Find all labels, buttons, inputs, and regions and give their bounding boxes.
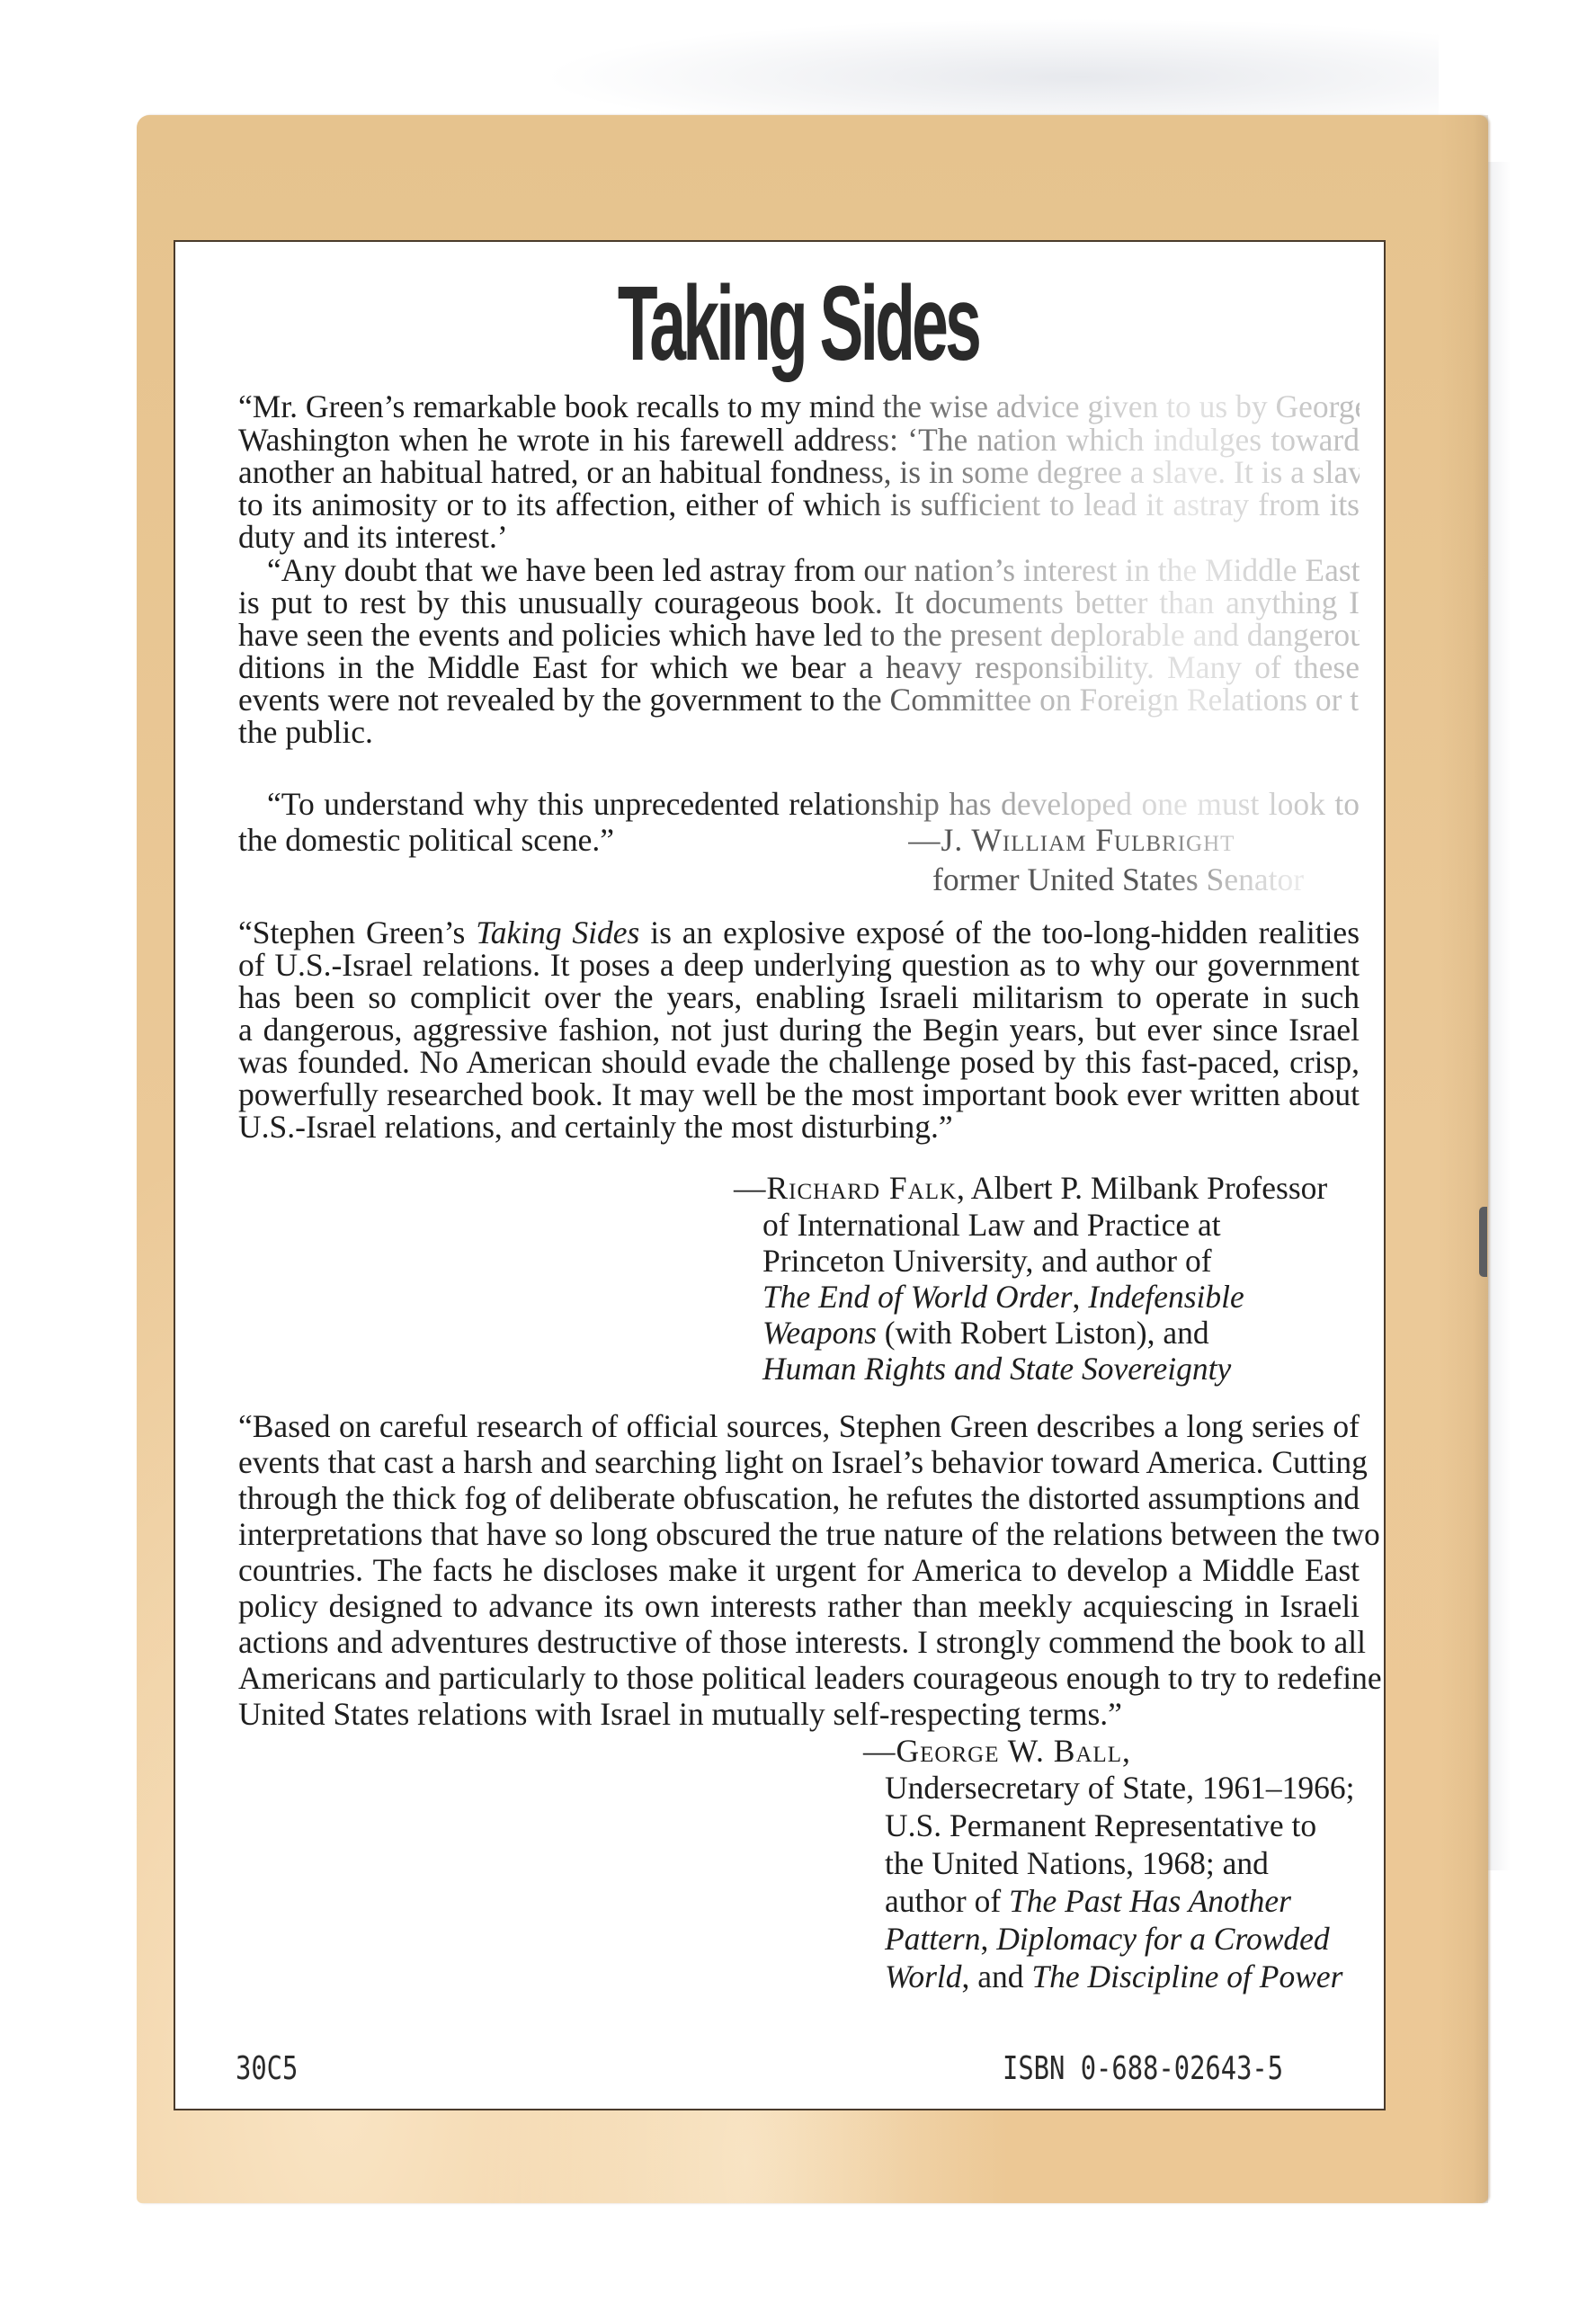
blurb-line: interpretations that have so long obscur… xyxy=(238,1516,1360,1552)
attribution-falk-line: Weapons (with Robert Liston), and xyxy=(762,1315,1209,1351)
blurb-line: to its animosity or to its affection, ei… xyxy=(238,486,1360,522)
blurb-line: the public. xyxy=(238,714,1360,750)
attribution-ball-line: author of The Past Has Another xyxy=(885,1883,1291,1919)
attribution-ball-comma: , xyxy=(1122,1733,1130,1769)
quote-rest-text: is an explosive exposé of the too-long-h… xyxy=(639,915,1360,950)
book-title-italic: World xyxy=(885,1958,962,1994)
price-code: 30C5 xyxy=(236,2050,298,2087)
quote-open-text: “Stephen Green’s xyxy=(238,915,476,950)
blurb-line: policy designed to advance its own inter… xyxy=(238,1588,1360,1624)
isbn-number: ISBN 0-688-02643-5 xyxy=(1003,2050,1283,2087)
attribution-ball-line: Pattern, Diplomacy for a Crowded xyxy=(885,1921,1330,1957)
attribution-ball-line: —George W. Ball, xyxy=(863,1733,1130,1769)
attribution-ball-line: Undersecretary of State, 1961–1966; xyxy=(885,1770,1354,1806)
blurb-line: “Mr. Green’s remarkable book recalls to … xyxy=(238,388,1360,424)
attribution-falk-line: —Richard Falk, Albert P. Milbank Profess… xyxy=(734,1170,1327,1206)
blurb-line: “Stephen Green’s Taking Sides is an expl… xyxy=(238,915,1360,950)
blurb-line: of U.S.-Israel relations. It poses a dee… xyxy=(238,947,1360,983)
blurb-line: is put to rest by this unusually courage… xyxy=(238,584,1360,620)
blurb-line: duty and its interest.’ xyxy=(238,519,1360,555)
blurb-line: “To understand why this unprecedented re… xyxy=(238,786,1360,822)
blurb-line: ditions in the Middle East for which we … xyxy=(238,649,1360,685)
blurb-line: was founded. No American should evade th… xyxy=(238,1044,1360,1080)
blurb-line: events that cast a harsh and searching l… xyxy=(238,1444,1360,1480)
blurb-line: a dangerous, aggressive fashion, not jus… xyxy=(238,1012,1360,1048)
jacket-edge-notch xyxy=(1479,1207,1487,1277)
book-title-italic: Taking Sides xyxy=(476,915,639,950)
book-title-italic: Human Rights and State Sovereignty xyxy=(762,1351,1231,1387)
blurb-line: events were not revealed by the governme… xyxy=(238,682,1360,718)
attribution-fulbright-name: —J. William Fulbright xyxy=(908,822,1358,858)
book-title-italic: Indefensible xyxy=(1088,1279,1244,1315)
book-title-italic: Weapons xyxy=(762,1315,877,1351)
blurb-line: countries. The facts he discloses make i… xyxy=(238,1552,1360,1588)
attribution-ball-name: —George W. Ball xyxy=(863,1733,1122,1769)
attribution-falk-line: of International Law and Practice at xyxy=(762,1207,1221,1243)
attribution-ball-line: World, and The Discipline of Power xyxy=(885,1958,1342,1994)
blurb-line: has been so complicit over the years, en… xyxy=(238,979,1360,1015)
blurb-line: powerfully researched book. It may well … xyxy=(238,1076,1360,1112)
blurb-line: “Based on careful research of official s… xyxy=(238,1408,1360,1444)
blurb-line: Washington when he wrote in his farewell… xyxy=(238,422,1360,458)
blurb-line: through the thick fog of deliberate obfu… xyxy=(238,1480,1360,1516)
blurb-line: United States relations with Israel in m… xyxy=(238,1696,1360,1732)
jacket-spine-edge xyxy=(1439,115,1488,2203)
attribution-falk-line: Princeton University, and author of xyxy=(762,1243,1212,1279)
book-title-italic: The Past Has Another xyxy=(1009,1883,1291,1919)
blurb-line: U.S.-Israel relations, and certainly the… xyxy=(238,1109,1360,1145)
attribution-fulbright-title: former United States Senator xyxy=(932,861,1360,897)
attribution-falk-title: , Albert P. Milbank Professor xyxy=(957,1170,1327,1206)
book-title-italic: The End of World Order xyxy=(762,1279,1073,1315)
book-title-italic: The Discipline of Power xyxy=(1031,1958,1342,1994)
background-shadow-top xyxy=(539,18,1439,117)
blurb-line: Americans and particularly to those poli… xyxy=(238,1660,1360,1696)
book-title: Taking Sides xyxy=(303,270,1293,378)
attribution-ball-line: U.S. Permanent Representative to xyxy=(885,1807,1316,1843)
attribution-ball-line: the United Nations, 1968; and xyxy=(885,1845,1269,1881)
book-title-italic: Pattern xyxy=(885,1921,980,1957)
blurb-line: another an habitual hatred, or an habitu… xyxy=(238,454,1360,490)
attribution-falk-line: The End of World Order, Indefensible xyxy=(762,1279,1244,1315)
blurb-line: have seen the events and policies which … xyxy=(238,617,1360,653)
blurb-line: “Any doubt that we have been led astray … xyxy=(238,552,1360,588)
attribution-falk-name: —Richard Falk xyxy=(734,1170,957,1206)
attribution-falk-line: Human Rights and State Sovereignty xyxy=(762,1351,1231,1387)
book-title-italic: Diplomacy for a Crowded xyxy=(996,1921,1329,1957)
blurb-line: actions and adventures destructive of th… xyxy=(238,1624,1360,1660)
